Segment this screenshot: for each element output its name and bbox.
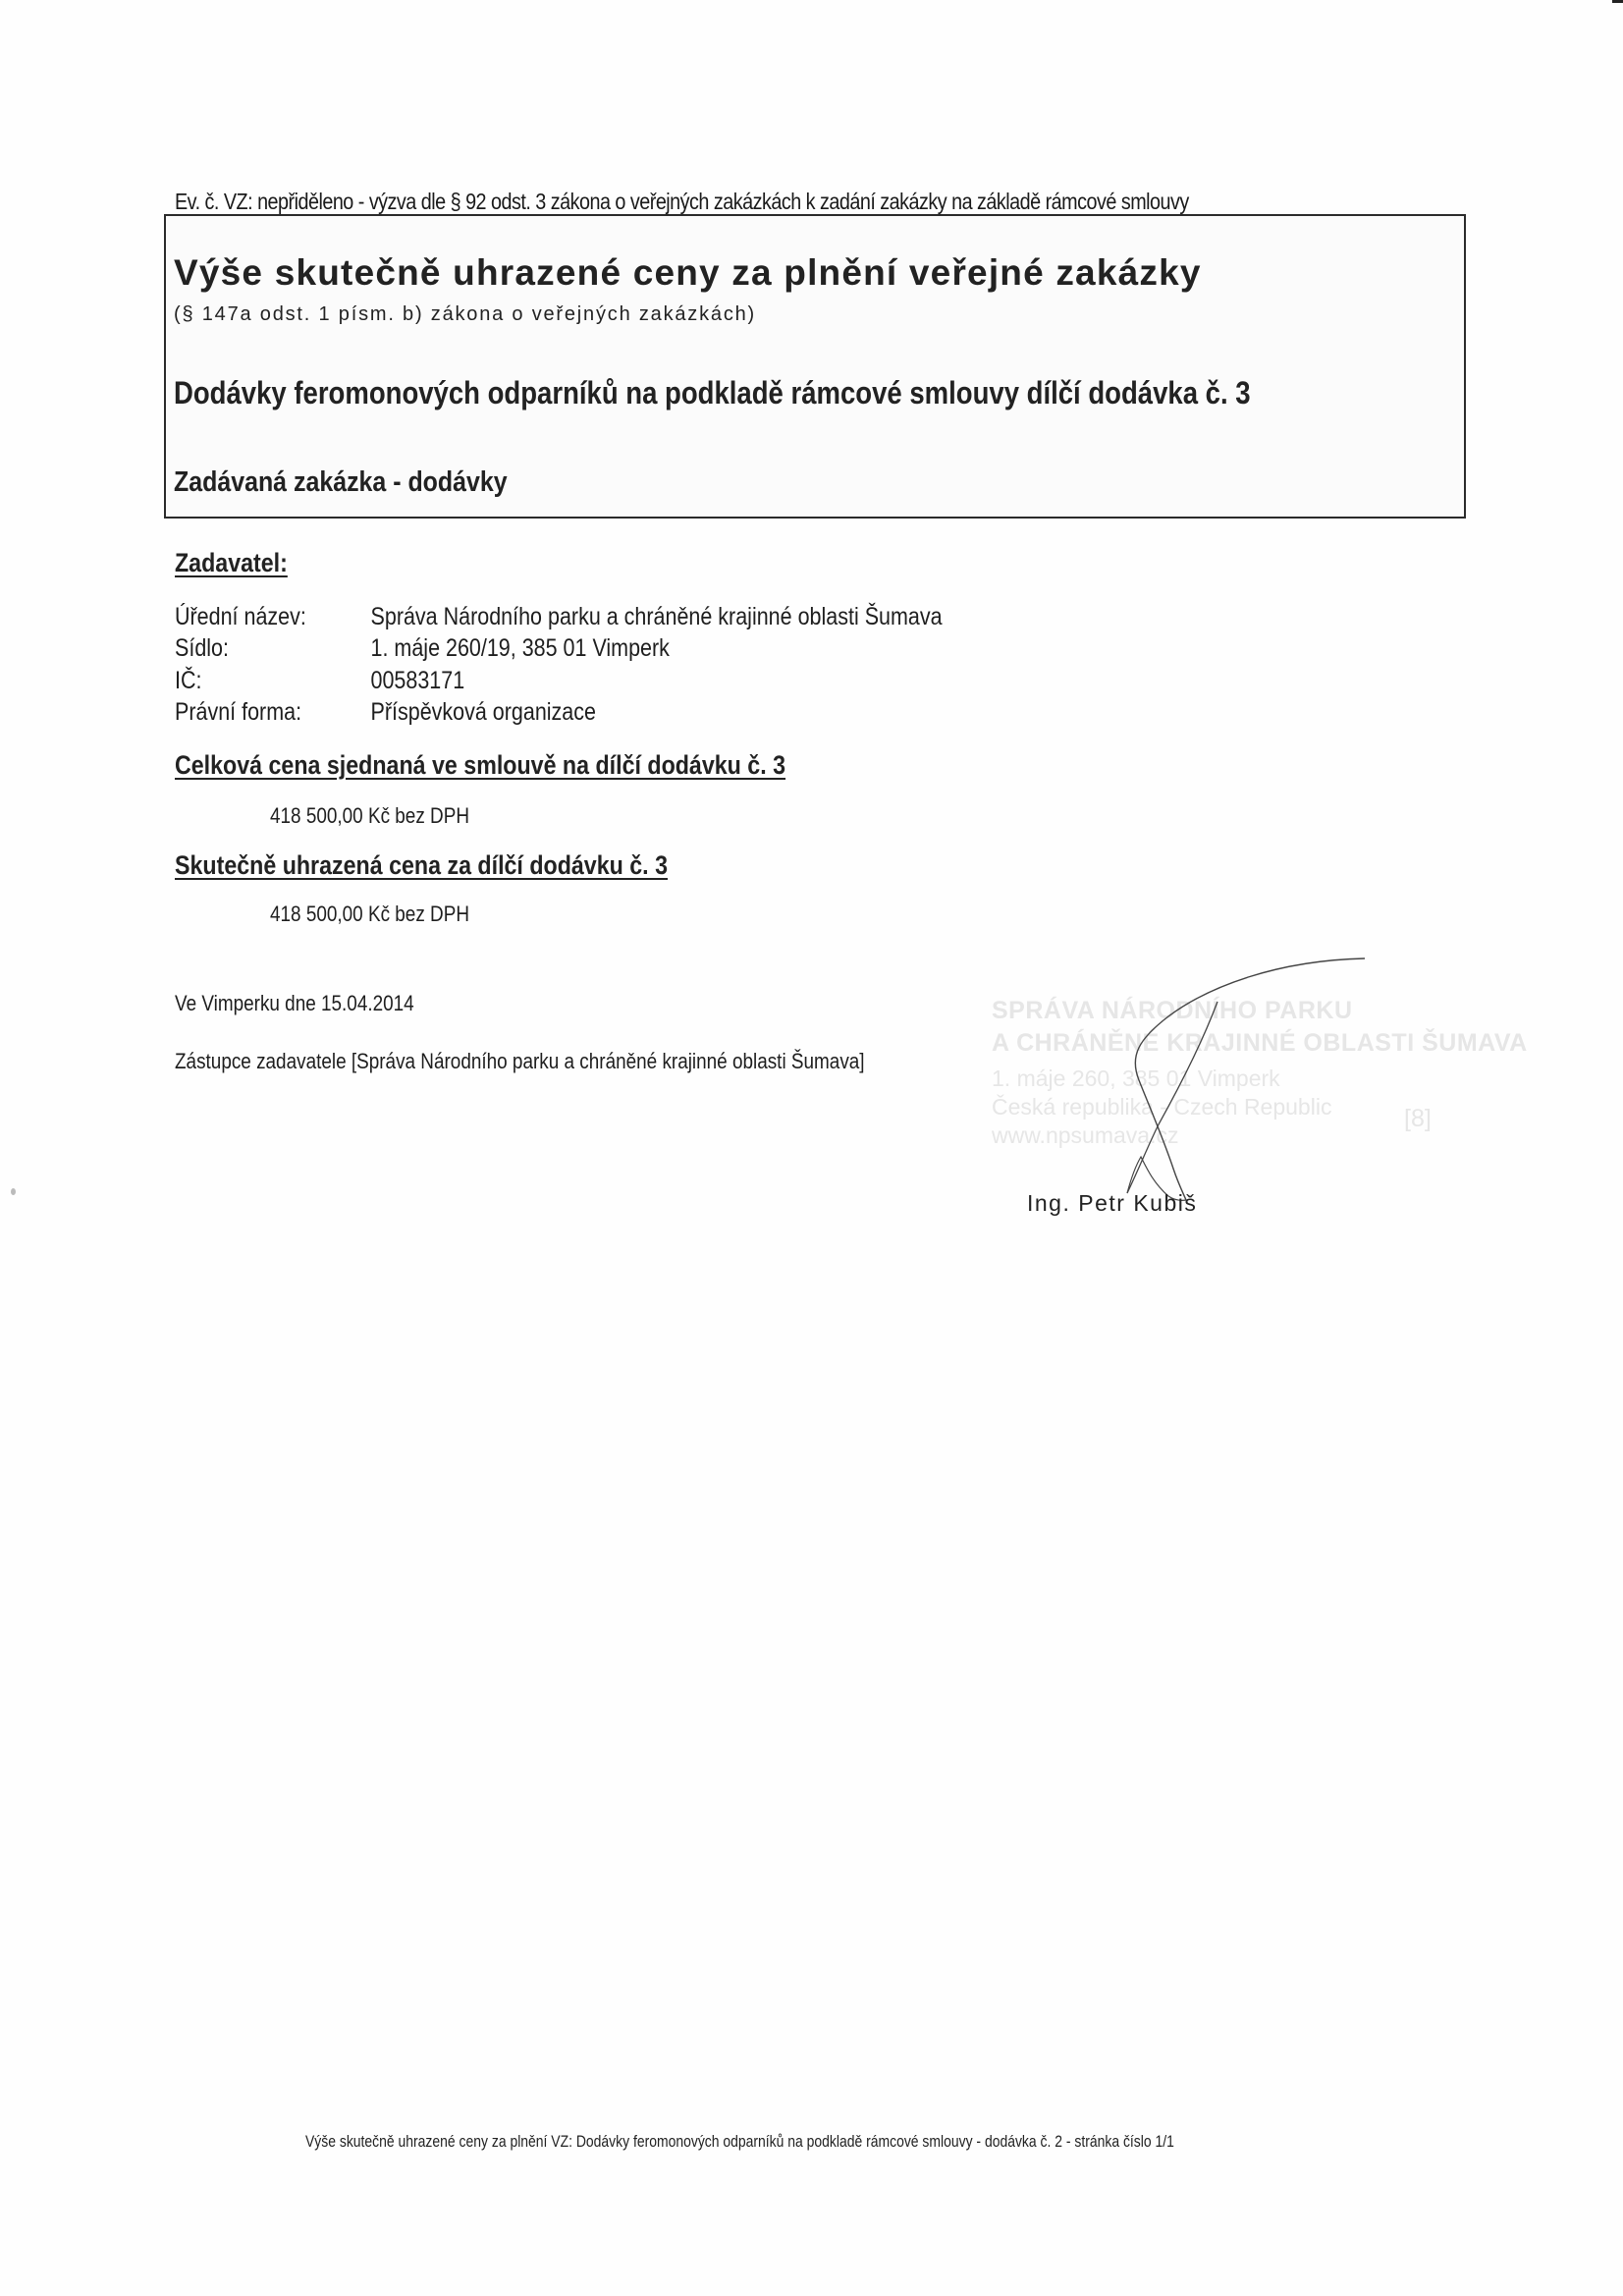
- evidence-number-line: Ev. č. VZ: nepřiděleno - výzva dle § 92 …: [175, 190, 1189, 215]
- paid-price-heading: Skutečně uhrazená cena za dílčí dodávku …: [175, 850, 668, 881]
- field-label: IČ:: [175, 667, 371, 695]
- field-seat: Sídlo:1. máje 260/19, 385 01 Vimperk: [175, 634, 670, 663]
- agreed-price-heading: Celková cena sjednaná ve smlouvě na dílč…: [175, 750, 785, 781]
- stamp-number: [8]: [1404, 1105, 1432, 1133]
- stamp-line: A CHRÁNĚNÉ KRAJINNÉ OBLASTI ŠUMAVA: [992, 1029, 1528, 1058]
- stamp-line: www.npsumava.cz: [992, 1122, 1178, 1149]
- field-official-name: Úřední název:Správa Národního parku a ch…: [175, 603, 943, 631]
- document-page: Ev. č. VZ: nepřiděleno - výzva dle § 92 …: [0, 0, 1623, 2296]
- stamp-line: 1. máje 260, 385 01 Vimperk: [992, 1066, 1280, 1092]
- scan-mark: [1612, 0, 1623, 3]
- legal-reference: (§ 147a odst. 1 písm. b) zákona o veřejn…: [174, 303, 756, 326]
- signer-name: Ing. Petr Kubiš: [1027, 1190, 1197, 1217]
- stamp-line: SPRÁVA NÁRODNÍHO PARKU: [992, 997, 1353, 1025]
- field-label: Úřední název:: [175, 603, 371, 631]
- field-value: 1. máje 260/19, 385 01 Vimperk: [371, 634, 670, 662]
- document-title: Výše skutečně uhrazené ceny za plnění ve…: [174, 252, 1202, 294]
- page-footer: Výše skutečně uhrazené ceny za plnění VZ…: [305, 2132, 1174, 2152]
- agreed-price-amount: 418 500,00 Kč bez DPH: [270, 803, 469, 829]
- field-value: Příspěvková organizace: [371, 698, 596, 726]
- scan-speck: [11, 1188, 16, 1195]
- field-company-id: IČ:00583171: [175, 667, 464, 695]
- place-and-date: Ve Vimperku dne 15.04.2014: [175, 991, 414, 1016]
- contract-subject: Dodávky feromonových odparníků na podkla…: [174, 375, 1251, 411]
- paid-price-amount: 418 500,00 Kč bez DPH: [270, 902, 469, 927]
- field-value: 00583171: [371, 667, 465, 694]
- stamp-line: Česká republika - Czech Republic: [992, 1094, 1331, 1121]
- field-label: Sídlo:: [175, 634, 371, 663]
- field-value: Správa Národního parku a chráněné krajin…: [371, 603, 943, 630]
- contracting-authority-heading: Zadavatel:: [175, 548, 288, 578]
- contract-type: Zadávaná zakázka - dodávky: [174, 466, 508, 499]
- field-legal-form: Právní forma:Příspěvková organizace: [175, 698, 596, 727]
- representative-line: Zástupce zadavatele [Správa Národního pa…: [175, 1049, 865, 1074]
- field-label: Právní forma:: [175, 698, 371, 727]
